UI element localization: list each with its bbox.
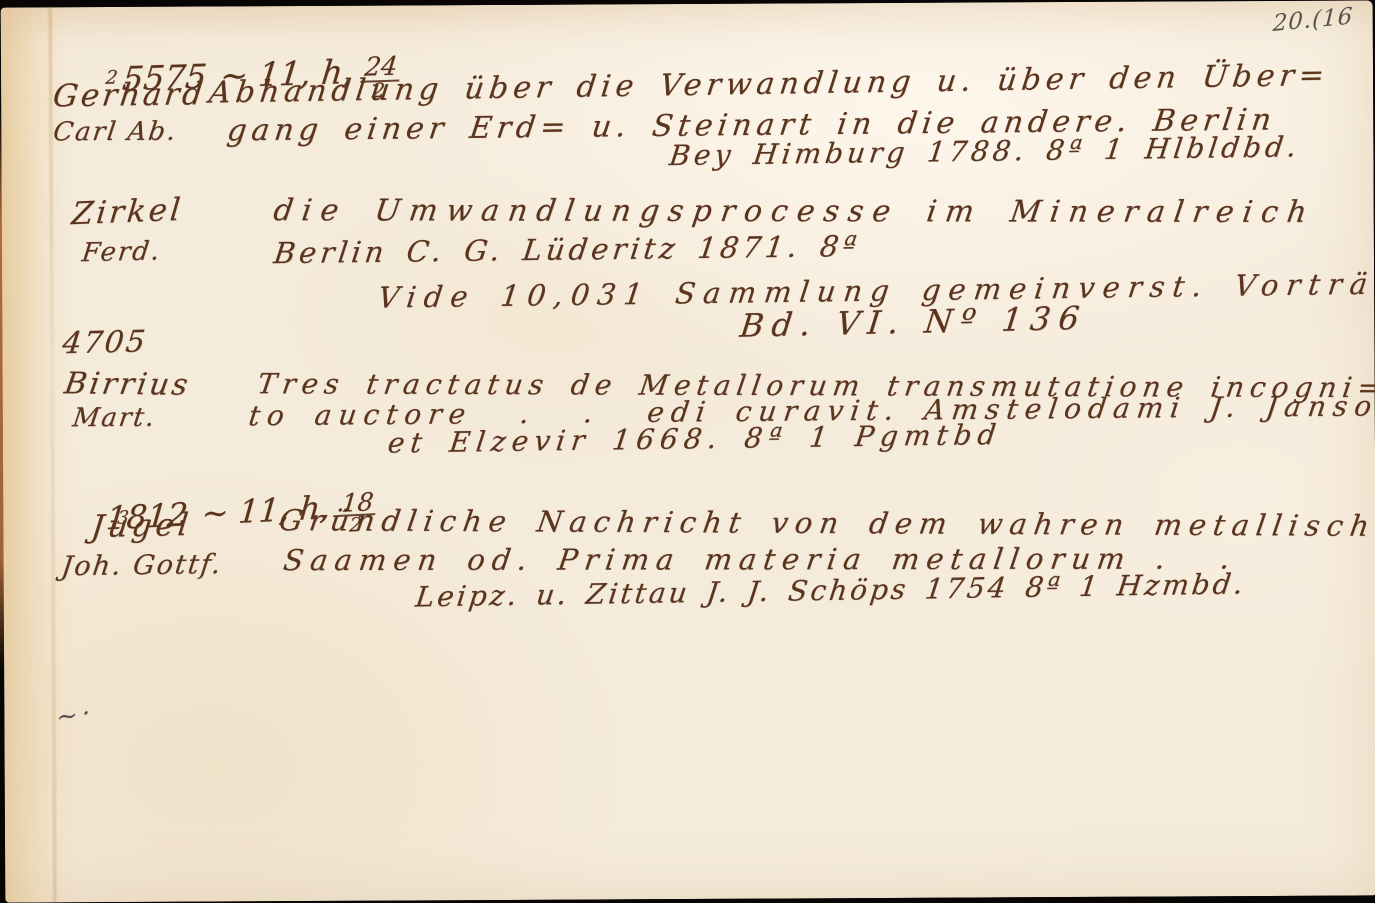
entry3-author-forename: Mart. [71,405,158,431]
entry2-series-volume-line: Bd. VI. Nº 136 [738,302,1088,342]
entry2-author-name: Zirkel [70,195,184,231]
manuscript-photo: 20.(16 5575~ 11, h,242 2 Gerhard Carl Ab… [0,0,1375,903]
entry3-author-name: Birrius [62,369,192,400]
entry2-title-line-1: die Umwandlungsprocesse im Mineralreich [272,196,1318,228]
pencil-squiggle-mark: ∼· [56,700,94,732]
corner-foliation-note: 20.(16 [1272,5,1354,36]
entry1-author-forename: Carl Ab. [52,119,180,146]
entry4-author-name: Jugel [90,510,194,543]
catalogue-page: 20.(16 5575~ 11, h,242 2 Gerhard Carl Ab… [1,0,1375,902]
entry2-imprint-line: Berlin C. G. Lüderitz 1871. 8ª [272,232,862,268]
entry4-author-forename: Joh. Gottf. [60,551,224,580]
entry1-imprint-line: Bey Himburg 1788. 8ª 1 Hlbldbd. [668,133,1302,170]
entry1-author-name: Gerhard [51,79,207,112]
entry3-catalog-number: 4705 [61,327,149,359]
entry4-title-line-1: Gründliche Nachricht von dem wahren meta… [277,506,1375,541]
entry3-imprint-line: et Elzevir 1668. 8ª 1 Pgmtbd [386,421,1003,458]
entry2-author-forename: Ferd. [80,238,162,266]
